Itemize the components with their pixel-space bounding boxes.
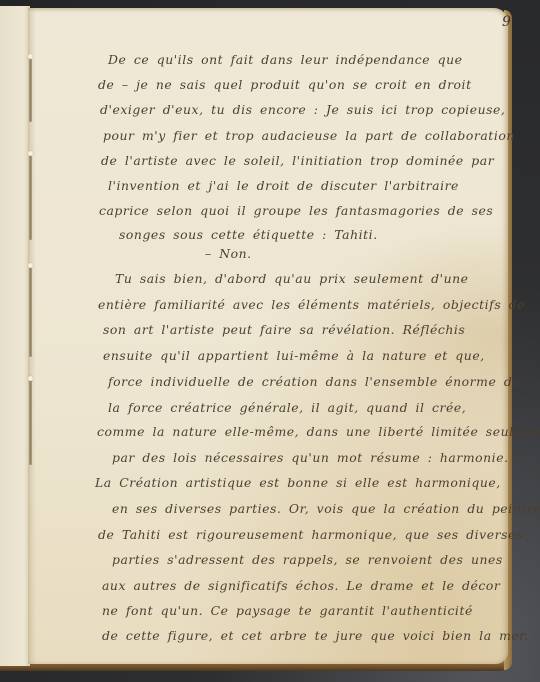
text-line: parties s'adressent des rappels, se renv…: [112, 552, 503, 568]
text-line: d'exiger d'eux, tu dis encore : Je suis …: [100, 102, 505, 118]
binding-stitch: [29, 267, 32, 357]
text-line: entière familiarité avec les éléments ma…: [98, 297, 525, 313]
text-line: La Création artistique est bonne si elle…: [95, 475, 501, 491]
binding-stitch: [29, 155, 32, 240]
text-line: de – je ne sais quel produit qu'on se cr…: [98, 77, 472, 93]
text-line: l'invention et j'ai le droit de discuter…: [108, 178, 459, 194]
text-line: ensuite qu'il appartient lui-même à la n…: [103, 348, 485, 364]
text-line: pour m'y fier et trop audacieuse la part…: [103, 128, 515, 144]
text-line: ne font qu'un. Ce paysage te garantit l'…: [102, 603, 473, 619]
text-line: comme la nature elle-même, dans une libe…: [97, 424, 540, 440]
text-line: Tu sais bien, d'abord qu'au prix seuleme…: [115, 271, 469, 287]
text-line: aux autres de significatifs échos. Le dr…: [102, 578, 500, 594]
text-line: de Tahiti est rigoureusement harmonique,…: [98, 527, 523, 543]
text-line: de l'artiste avec le soleil, l'initiatio…: [101, 153, 494, 169]
left-facing-page-edge: [0, 6, 30, 666]
text-line: son art l'artiste peut faire sa révélati…: [103, 322, 465, 338]
text-line: en ses diverses parties. Or, vois que la…: [112, 501, 540, 517]
text-line: force individuelle de création dans l'en…: [108, 374, 520, 390]
text-line: songes sous cette étiquette : Tahiti.: [119, 227, 378, 243]
binding-stitch: [29, 380, 32, 465]
text-line: de cette figure, et cet arbre te jure qu…: [102, 628, 529, 644]
text-line: De ce qu'ils ont fait dans leur indépend…: [108, 52, 463, 68]
text-line: par des lois nécessaires qu'un mot résum…: [112, 450, 509, 466]
text-line: la force créatrice générale, il agit, qu…: [108, 400, 466, 416]
binding-stitch: [29, 58, 32, 122]
text-line: – Non.: [205, 246, 252, 262]
page-number: 9: [502, 14, 511, 30]
text-line: caprice selon quoi il groupe les fantasm…: [99, 203, 493, 219]
